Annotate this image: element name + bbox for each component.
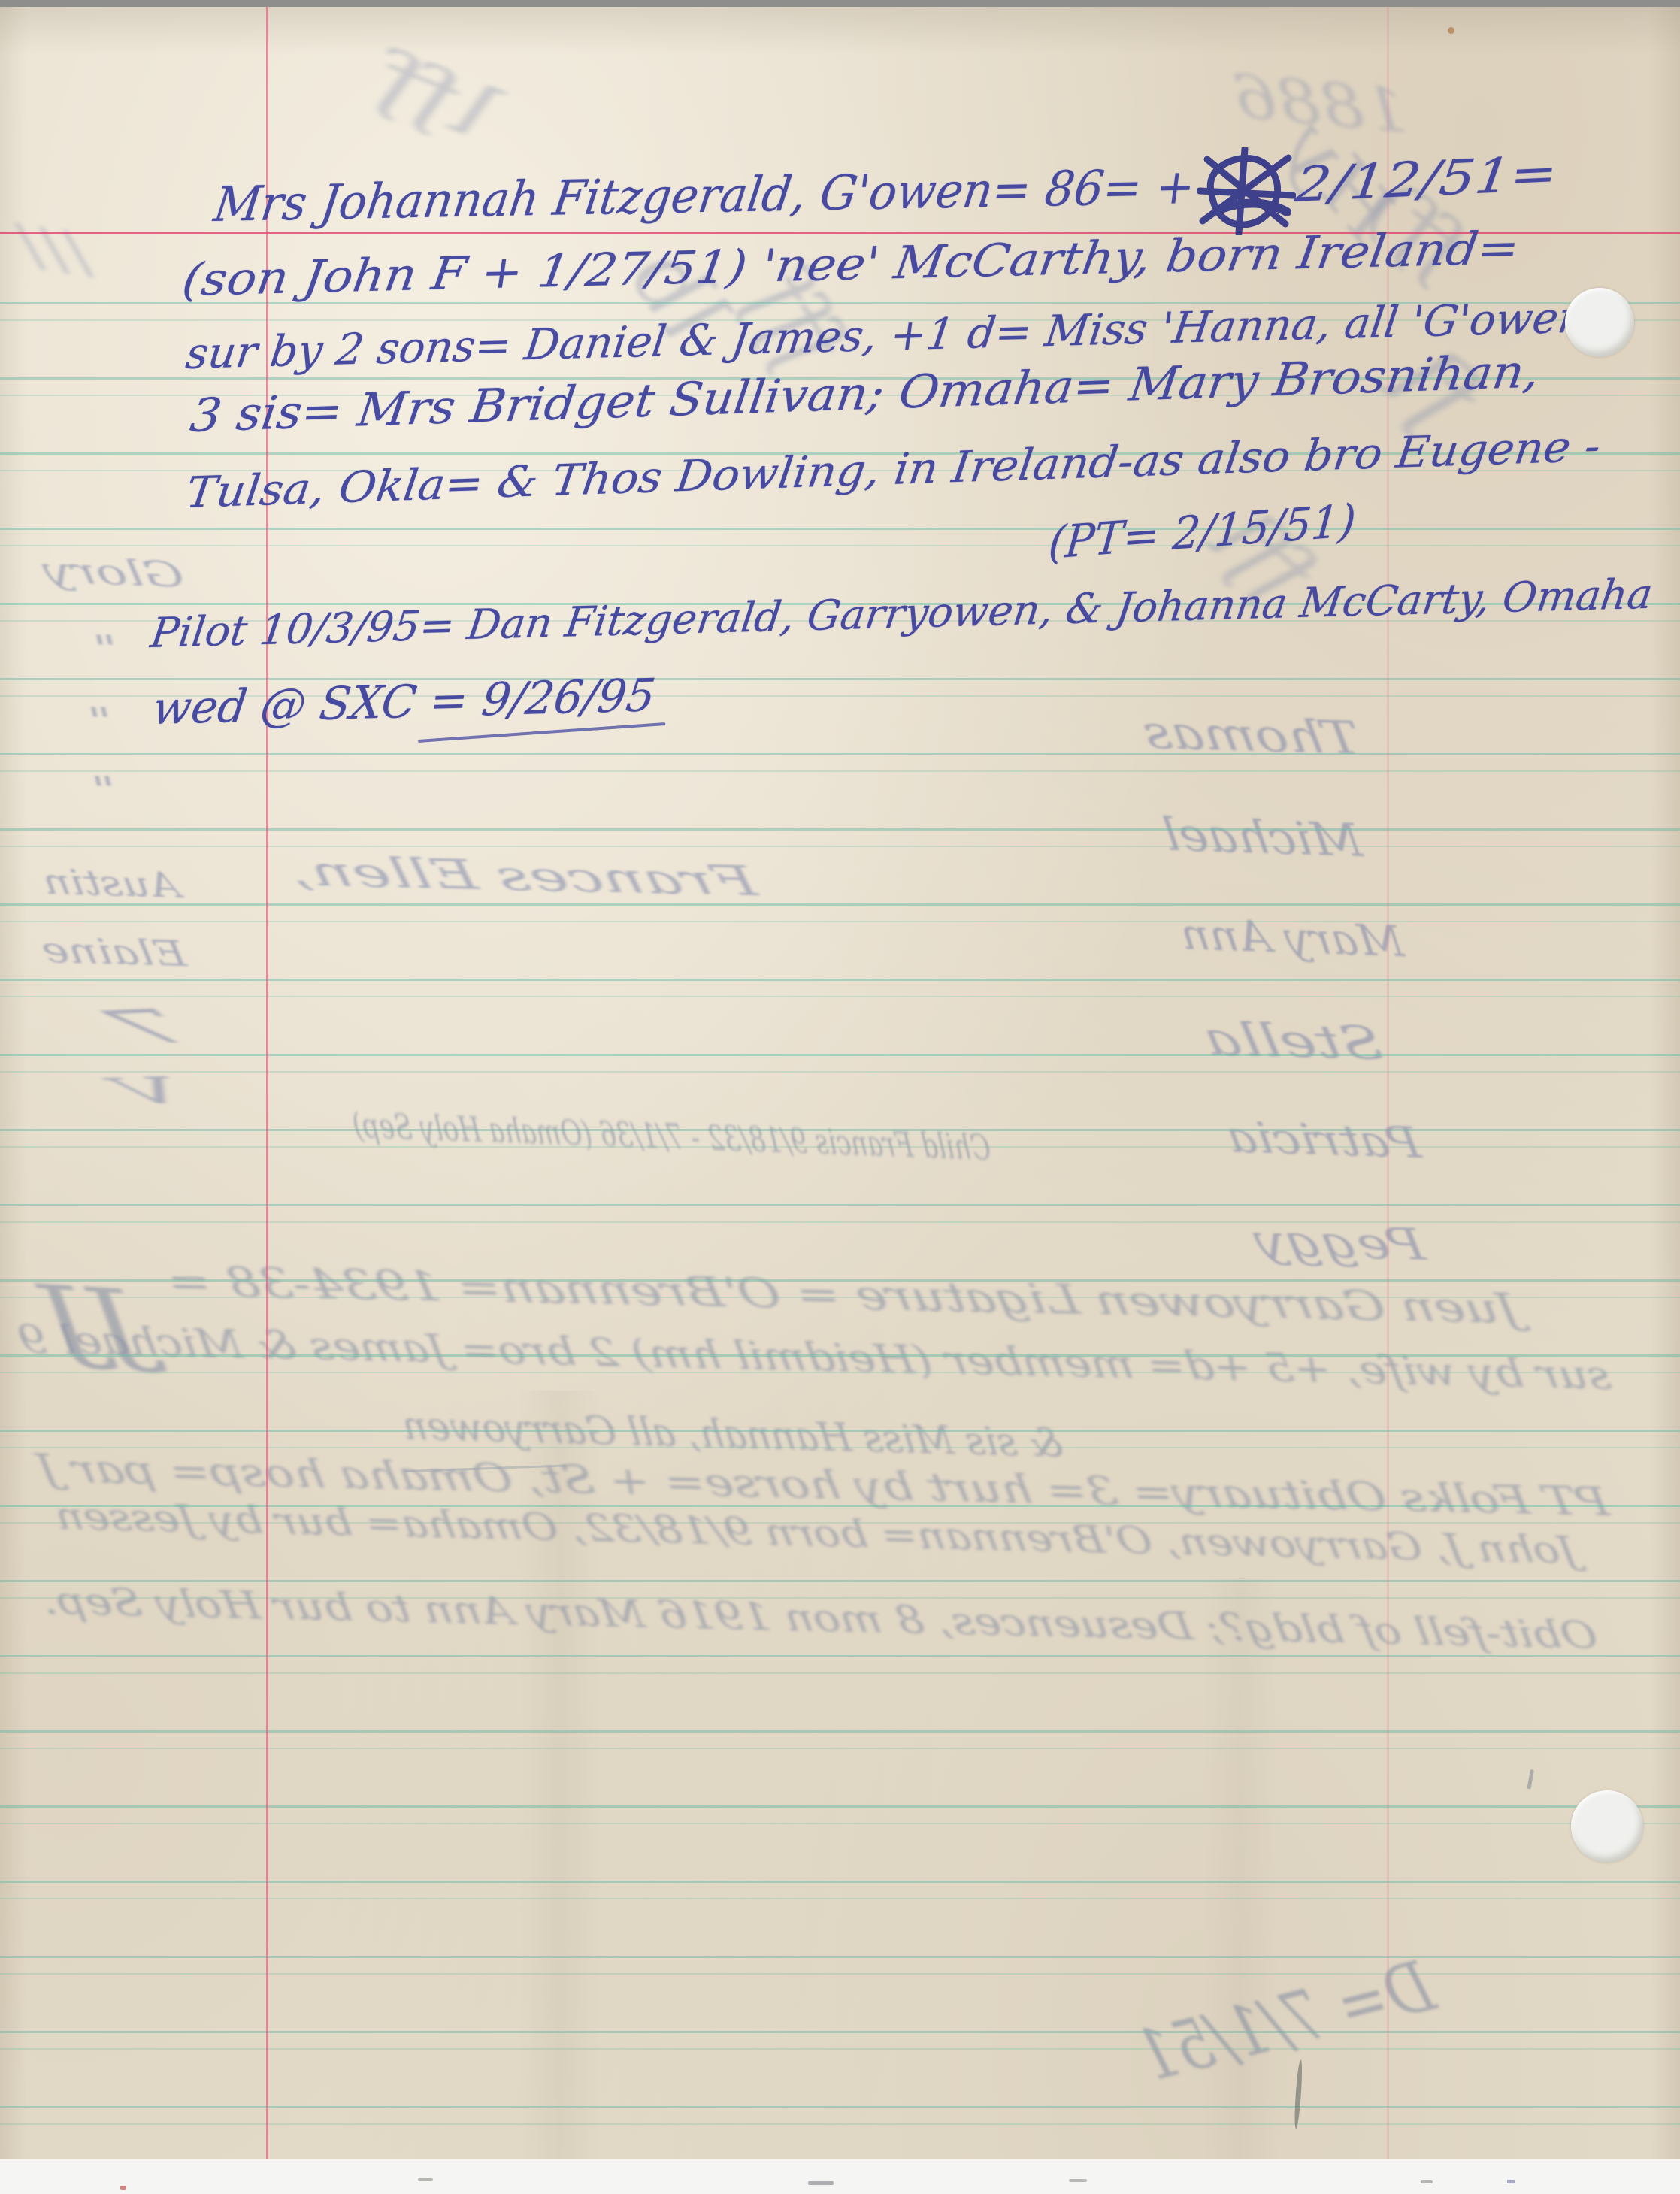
scanner-edge-bottom [0,2159,1680,2194]
scanner-edge-top [0,0,1680,7]
bleed-margin-line [1387,0,1389,2194]
scanned-notebook-page: { "document": { "description": "Scanned … [0,0,1680,2194]
ledger-paper [0,0,1680,2194]
ink-scribble-blot [1197,147,1296,235]
red-header-rule [0,232,1680,234]
red-margin-line [266,0,268,2194]
